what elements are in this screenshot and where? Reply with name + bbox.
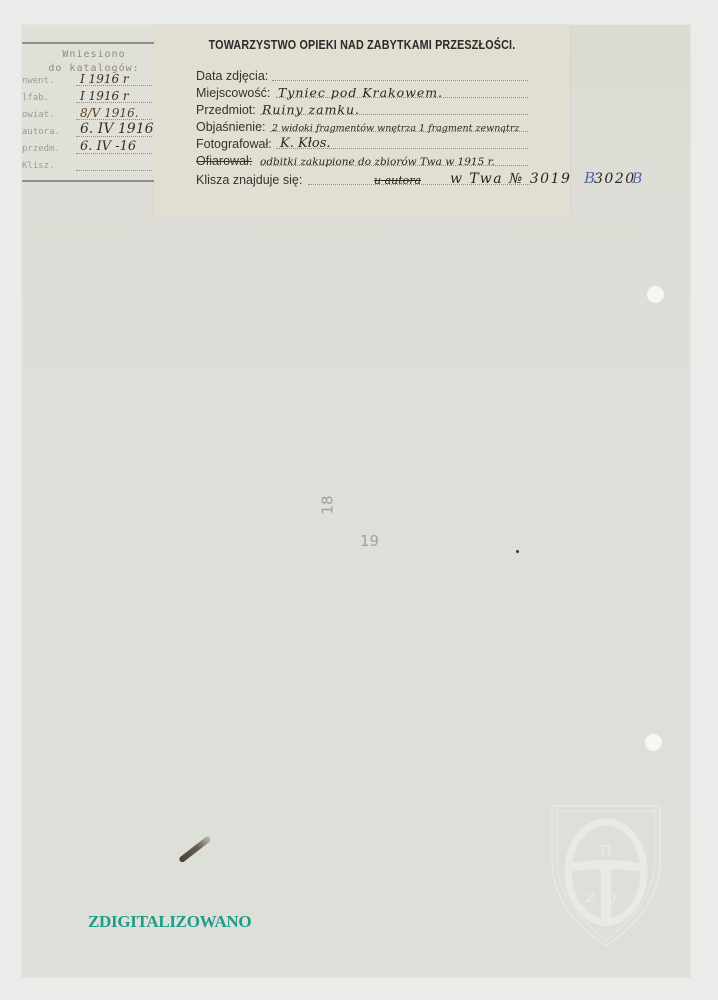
punch-hole-bottom (645, 734, 662, 751)
field-przedmiot: Przedmiot: Ruiny zamku. (196, 100, 568, 117)
field-label: Objaśnienie: (196, 120, 266, 134)
svg-text:n: n (600, 836, 613, 860)
field-value: Ruiny zamku. (262, 102, 360, 117)
field-value: Tyniec pod Krakowem. (278, 85, 443, 100)
stamp-row-powiat: owiat. 8/V 1916. (22, 105, 156, 122)
shield-monogram-watermark-icon: n zp (548, 800, 664, 950)
field-label: Przedmiot: (196, 103, 256, 117)
digitized-stamp: ZDIGITALIZOWANO (88, 912, 251, 932)
stamp-label: autora. (22, 127, 60, 137)
field-label: Miejscowość: (196, 86, 270, 100)
pencil-page-number: 19 (360, 532, 379, 550)
punch-hole-top (647, 286, 664, 303)
catalog-stamp: Wniesiono do katalogów: nwent. I 1916 r … (22, 25, 158, 182)
stamp-label: Klisz. (22, 161, 55, 171)
blue-annotation: B (632, 171, 642, 187)
field-label: Data zdjęcia: (196, 69, 268, 83)
stamp-label: nwent. (22, 76, 55, 86)
stamp-label: lfab. (22, 93, 49, 103)
field-objasnienie: Objaśnienie: 2 widoki fragmentów wnętrza… (196, 117, 568, 134)
field-value: 2 widoki fragmentów wnętrza 1 fragment z… (272, 123, 519, 134)
stamp-row-klisz: Klisz. (22, 156, 156, 173)
field-ofiarowal: Ofiarował: odbitki zakupione do zbiorów … (196, 151, 568, 168)
dotted-line (272, 80, 528, 81)
stamp-label: owiat. (22, 110, 55, 120)
stamp-row-fab: lfab. I 1916 r (22, 88, 156, 105)
stamp-label: przedm. (22, 144, 60, 154)
svg-text:zp: zp (585, 886, 626, 907)
stamp-value: 6. IV -16 (80, 139, 136, 154)
field-value: K. Kłos. (280, 136, 331, 151)
field-label: Ofiarował: (196, 154, 252, 168)
field-value-2: 3020 (594, 171, 636, 187)
stamp-header-line1: Wniesiono (32, 49, 156, 60)
stamp-value: 6. IV 1916 (80, 121, 154, 137)
field-klisza: Klisza znajduje się: u autora w Twa № 30… (196, 170, 718, 187)
ink-dot (516, 550, 519, 553)
field-miejscowosc: Miejscowość: Tyniec pod Krakowem. (196, 83, 568, 100)
field-fotografowal: Fotografował: K. Kłos. (196, 134, 568, 151)
field-value: w Twa № 3019 (450, 171, 571, 187)
stamp-dotted-line (76, 170, 152, 171)
field-value-struck: u autora (374, 174, 421, 187)
field-data-zdjecia: Data zdjęcia: (196, 66, 568, 83)
pencil-mark-rotated: 18 (319, 495, 337, 514)
stamp-row-autora: autora. 6. IV 1916 (22, 122, 156, 139)
stamp-value: 8/V 1916. (80, 106, 139, 120)
field-label: Klisza znajduje się: (196, 173, 302, 187)
photo-label-card: TOWARZYSTWO OPIEKI NAD ZABYTKAMI PRZESZŁ… (154, 25, 570, 217)
stamp-value: I 1916 r (80, 72, 129, 86)
field-value: odbitki zakupione do zbiorów Twa w 1915 … (260, 156, 495, 168)
stamp-row-inwent: nwent. I 1916 r (22, 71, 156, 88)
stamp-row-przedm: przedm. 6. IV -16 (22, 139, 156, 156)
card-title: TOWARZYSTWO OPIEKI NAD ZABYTKAMI PRZESZŁ… (183, 38, 541, 52)
field-label: Fotografował: (196, 137, 272, 151)
stamp-value: I 1916 r (80, 89, 129, 103)
